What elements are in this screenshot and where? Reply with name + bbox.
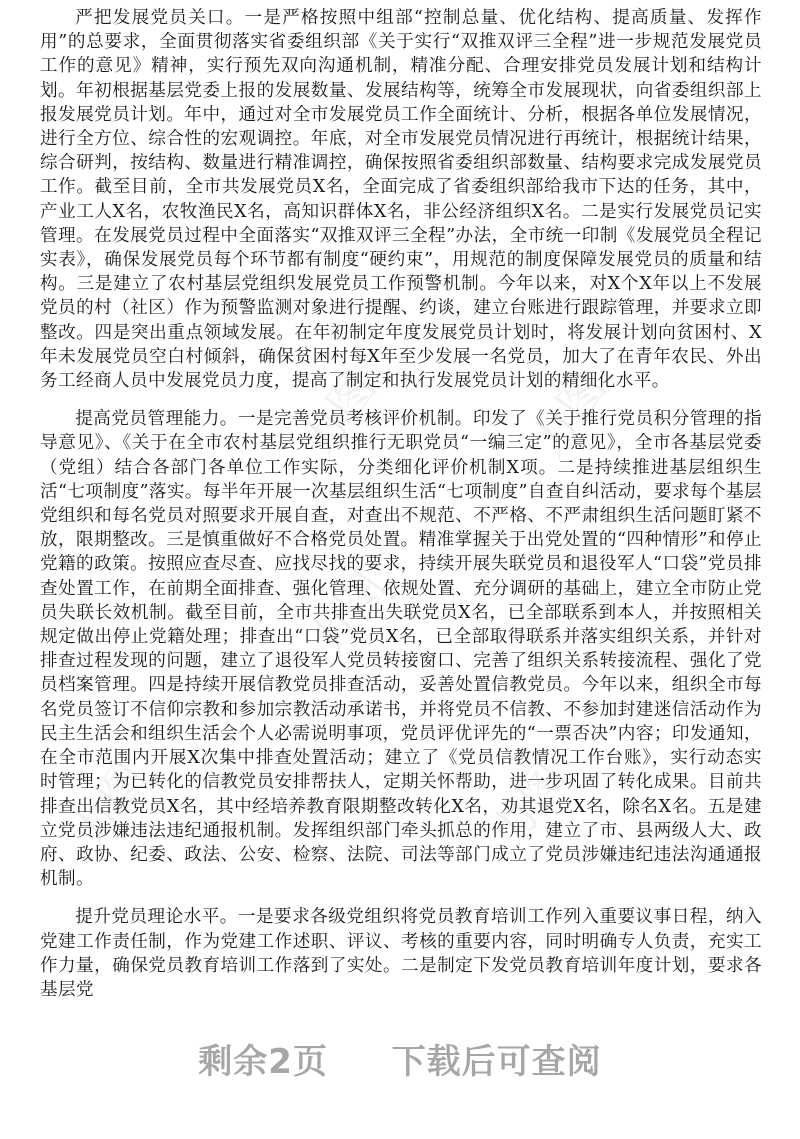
download-hint-label: 下载后可查阅 (392, 1034, 602, 1083)
document-body: 严把发展党员关口。一是严格按照中组部“控制总量、优化结构、提高质量、发挥作用”的… (40, 6, 762, 1016)
paragraph-party-member-management: 提高党员管理能力。一是完善党员考核评价机制。印发了《关于推行党员积分管理的指导意… (40, 407, 762, 891)
download-prompt[interactable]: 剩余2页 下载后可查阅 (0, 1034, 800, 1083)
paragraph-party-member-theory: 提升党员理论水平。一是要求各级党组织将党员教育培训工作列入重要议事日程，纳入党建… (40, 905, 762, 1002)
paragraph-party-member-recruitment: 严把发展党员关口。一是严格按照中组部“控制总量、优化结构、提高质量、发挥作用”的… (40, 6, 762, 393)
remaining-pages-label: 剩余2页 (198, 1034, 328, 1083)
